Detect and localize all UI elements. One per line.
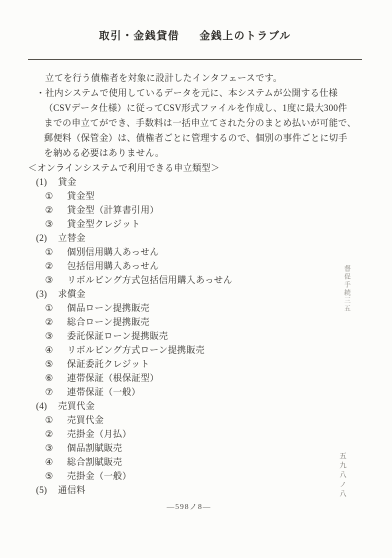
list-item: ④リボルビング方式ローン提携販売	[28, 343, 362, 357]
header-title-left: 取引・金銭貸借	[99, 31, 180, 42]
margin-note-section: 督促手続三五	[342, 265, 351, 313]
item-number: ⑦	[45, 385, 67, 399]
item-number: ①	[45, 413, 67, 427]
margin-note-page: 五九八ノ八	[338, 452, 348, 500]
intro-line: （CSVデータ仕様）に従ってCSV形式ファイルを作成し、1度に最大300件	[28, 101, 362, 116]
header-title-right: 金銭上のトラブル	[199, 31, 291, 42]
intro-line: ・社内システムで使用しているデータを元に、本システムが公開する仕様	[28, 86, 362, 101]
header-rule	[28, 59, 362, 60]
category-label: 貸金	[58, 177, 76, 187]
item-label: 委託保証ローン提携販売	[67, 331, 168, 341]
page-number: —598ノ8—	[0, 501, 378, 512]
list-item: ②総合ローン提携販売	[28, 315, 362, 329]
item-label: 貸金型	[67, 191, 95, 201]
item-label: 売掛金（一般）	[67, 471, 131, 481]
item-label: 総合ローン提携販売	[67, 317, 150, 327]
category-number: (4)	[36, 399, 58, 413]
list-category: (3)求償金	[28, 287, 362, 301]
item-label: 保証委託クレジット	[67, 359, 150, 369]
category-number: (1)	[36, 175, 58, 189]
category-number: (5)	[36, 483, 58, 497]
item-label: リボルビング方式ローン提携販売	[67, 345, 205, 355]
list-item: ③貸金型クレジット	[28, 217, 362, 231]
item-number: ⑤	[45, 469, 67, 483]
item-number: ④	[45, 343, 67, 357]
list-item: ②貸金型（計算書引用）	[28, 203, 362, 217]
list-item: ③リボルビング方式包括信用購入あっせん	[28, 273, 362, 287]
document-page: 取引・金銭貸借金銭上のトラブル 立てを行う債権者を対象に設計したインタフェースで…	[0, 0, 392, 558]
list-item: ①個品ローン提携販売	[28, 301, 362, 315]
category-label: 売買代金	[58, 401, 95, 411]
item-label: 連帯保証（一般）	[67, 387, 141, 397]
list-category: (4)売買代金	[28, 399, 362, 413]
intro-line: 郵便料（保管金）は、債権者ごとに管理するので、個別の事件ごとに切手	[28, 131, 362, 146]
item-number: ②	[45, 203, 67, 217]
category-label: 通信料	[58, 485, 86, 495]
list-category: (2)立替金	[28, 231, 362, 245]
list-item: ③個品割賦販売	[28, 441, 362, 455]
list-item: ①貸金型	[28, 189, 362, 203]
item-label: 包括信用購入あっせん	[67, 261, 159, 271]
intro-line: 立てを行う債権者を対象に設計したインタフェースです。	[28, 71, 362, 86]
intro-line: までの申立てができ、手数料は一括申立てされた分のまとめ払いが可能で、	[28, 116, 362, 131]
intro-paragraph: 立てを行う債権者を対象に設計したインタフェースです。 ・社内システムで使用してい…	[28, 71, 362, 161]
item-number: ③	[45, 441, 67, 455]
item-label: リボルビング方式包括信用購入あっせん	[67, 275, 232, 285]
item-number: ②	[45, 259, 67, 273]
category-number: (3)	[36, 287, 58, 301]
item-label: 連帯保証（根保証型）	[67, 373, 159, 383]
item-number: ③	[45, 273, 67, 287]
item-number: ③	[45, 217, 67, 231]
item-number: ②	[45, 427, 67, 441]
item-label: 売買代金	[67, 415, 104, 425]
list-item: ⑤保証委託クレジット	[28, 357, 362, 371]
item-label: 貸金型（計算書引用）	[67, 205, 159, 215]
category-label: 立替金	[58, 233, 86, 243]
list-item: ②包括信用購入あっせん	[28, 259, 362, 273]
item-number: ③	[45, 329, 67, 343]
intro-line: を納める必要はありません。	[28, 146, 362, 161]
item-number: ⑥	[45, 371, 67, 385]
list-item: ⑦連帯保証（一般）	[28, 385, 362, 399]
list-category: (1)貸金	[28, 175, 362, 189]
page-header: 取引・金銭貸借金銭上のトラブル	[28, 30, 362, 44]
item-number: ②	[45, 315, 67, 329]
list-category: (5)通信料	[28, 483, 362, 497]
item-label: 貸金型クレジット	[67, 219, 140, 229]
list-item: ①売買代金	[28, 413, 362, 427]
list-title: ＜オンラインシステムで利用できる申立類型＞	[28, 161, 362, 175]
item-label: 個品割賦販売	[67, 443, 122, 453]
item-number: ①	[45, 301, 67, 315]
item-number: ④	[45, 455, 67, 469]
item-label: 総合割賦販売	[67, 457, 122, 467]
list-item: ③委託保証ローン提携販売	[28, 329, 362, 343]
item-label: 個別信用購入あっせん	[67, 247, 159, 257]
item-number: ⑤	[45, 357, 67, 371]
item-number: ①	[45, 189, 67, 203]
claim-type-list: ＜オンラインシステムで利用できる申立類型＞ (1)貸金 ①貸金型 ②貸金型（計算…	[28, 161, 362, 497]
list-item: ⑥連帯保証（根保証型）	[28, 371, 362, 385]
item-label: 個品ローン提携販売	[67, 303, 150, 313]
item-label: 売掛金（月払）	[67, 429, 131, 439]
list-item: ①個別信用購入あっせん	[28, 245, 362, 259]
list-item: ②売掛金（月払）	[28, 427, 362, 441]
list-item: ④総合割賦販売	[28, 455, 362, 469]
category-number: (2)	[36, 231, 58, 245]
list-item: ⑤売掛金（一般）	[28, 469, 362, 483]
category-label: 求償金	[58, 289, 86, 299]
item-number: ①	[45, 245, 67, 259]
